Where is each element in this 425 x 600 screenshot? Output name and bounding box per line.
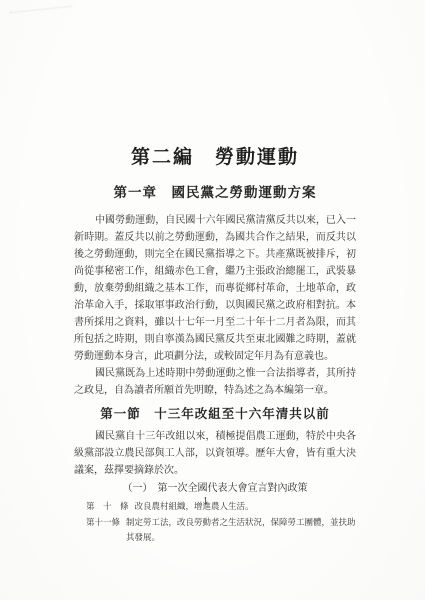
chapter-title: 第一章 國民黨之勞動運動方案 [74, 184, 356, 202]
page-number: 1 [0, 496, 411, 507]
body-paragraph: 國民黨自十三年改組以來，積極提倡農工運動，特於中央各級黨部設立農民部與工人部，以… [74, 428, 356, 479]
subsection-title: （一） 第一次全國代表大會宣言對內政策 [74, 482, 356, 496]
body-paragraph: 國民黨既為上述時期中勞動運動之惟一合法指導者，其所持之政見，自為讀者所願首先明瞭… [74, 365, 356, 399]
article-number: 第十一條 [86, 515, 120, 546]
page-content: 第二編 勞動運動 第一章 國民黨之勞動運動方案 中國勞動運動，自民國十六年國民黨… [74, 142, 356, 546]
body-paragraph: 中國勞動運動，自民國十六年國民黨清黨反共以來，已入一新時期。蓋反共以前之勞動運動… [74, 212, 356, 365]
scanned-book-page: 第二編 勞動運動 第一章 國民黨之勞動運動方案 中國勞動運動，自民國十六年國民黨… [0, 0, 425, 600]
pencil-mark [10, 6, 73, 21]
section-title: 第一節 十三年改組至十六年清共以前 [74, 405, 356, 423]
article-clause: 第十一條 制定勞工法，改良勞動者之生活狀況，保障勞工團體，並扶助其發展。 [74, 515, 356, 546]
part-title: 第二編 勞動運動 [74, 146, 356, 170]
article-text: 制定勞工法，改良勞動者之生活狀況，保障勞工團體，並扶助其發展。 [126, 515, 356, 546]
